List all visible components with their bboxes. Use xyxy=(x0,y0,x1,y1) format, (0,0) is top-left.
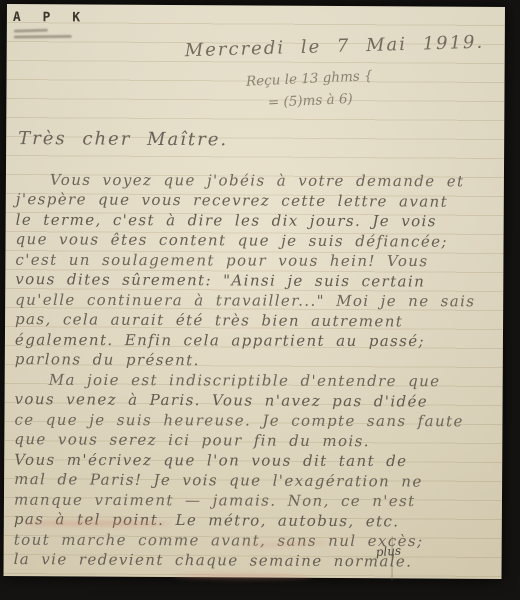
letter-body: Vous voyez que j'obéis à votre demande e… xyxy=(14,169,500,572)
pink-smudge xyxy=(171,573,311,580)
pencil-scribble-line xyxy=(14,29,48,33)
body-line: ce que je suis heureuse. Je compte sans … xyxy=(14,410,498,432)
pencil-scribble-line xyxy=(14,35,72,39)
body-line: vous venez à Paris. Vous n'avez pas d'id… xyxy=(15,389,499,412)
body-line: mal de Paris! Je vois que l'exagération … xyxy=(14,469,498,492)
body-line: parlons du présent. xyxy=(15,349,499,372)
inserted-word: plus xyxy=(375,544,401,560)
body-line: manque vraiment — jamais. Non, ce n'est xyxy=(14,490,498,512)
reception-annotation: Reçu le 13 ghms { = (5)ms à 6) xyxy=(246,65,375,115)
body-line: j'espère que vous recevrez cette lettre … xyxy=(16,189,500,212)
body-line: que vous êtes content que je suis défian… xyxy=(16,229,500,252)
date-line: Mercredi le 7 Mai 1919. xyxy=(185,32,485,62)
letter-photo: A P K Mercredi le 7 Mai 1919. Reçu le 13… xyxy=(0,0,520,600)
body-line: pas, cela aurait été très bien autrement xyxy=(15,309,499,332)
body-line: Ma joie est indiscriptible d'entendre qu… xyxy=(15,370,499,392)
body-line: tout marche comme avant, sans nul excès; xyxy=(14,530,498,552)
body-line: qu'elle continuera à travailler..." Moi … xyxy=(15,290,499,312)
paper-crease xyxy=(391,536,392,580)
archive-stamp: A P K xyxy=(13,10,87,25)
salutation: Très cher Maître. xyxy=(18,128,228,150)
body-line: le terme, c'est à dire les dix jours. Je… xyxy=(16,210,500,232)
body-line: Vous voyez que j'obéis à votre demande e… xyxy=(16,170,500,192)
body-line: c'est un soulagement pour vous hein! Vou… xyxy=(15,250,499,272)
body-line: que vous serez ici pour fin du mois. xyxy=(14,429,498,452)
body-line: la vie redevient chaque semaine normale. xyxy=(14,549,498,572)
body-line: vous dites sûrement: "Ainsi je suis cert… xyxy=(15,269,499,292)
body-line: également. Enfin cela appartient au pass… xyxy=(15,330,499,352)
letter-paper: A P K Mercredi le 7 Mai 1919. Reçu le 13… xyxy=(4,4,505,579)
body-line: Vous m'écrivez que l'on vous dit tant de xyxy=(14,450,498,472)
